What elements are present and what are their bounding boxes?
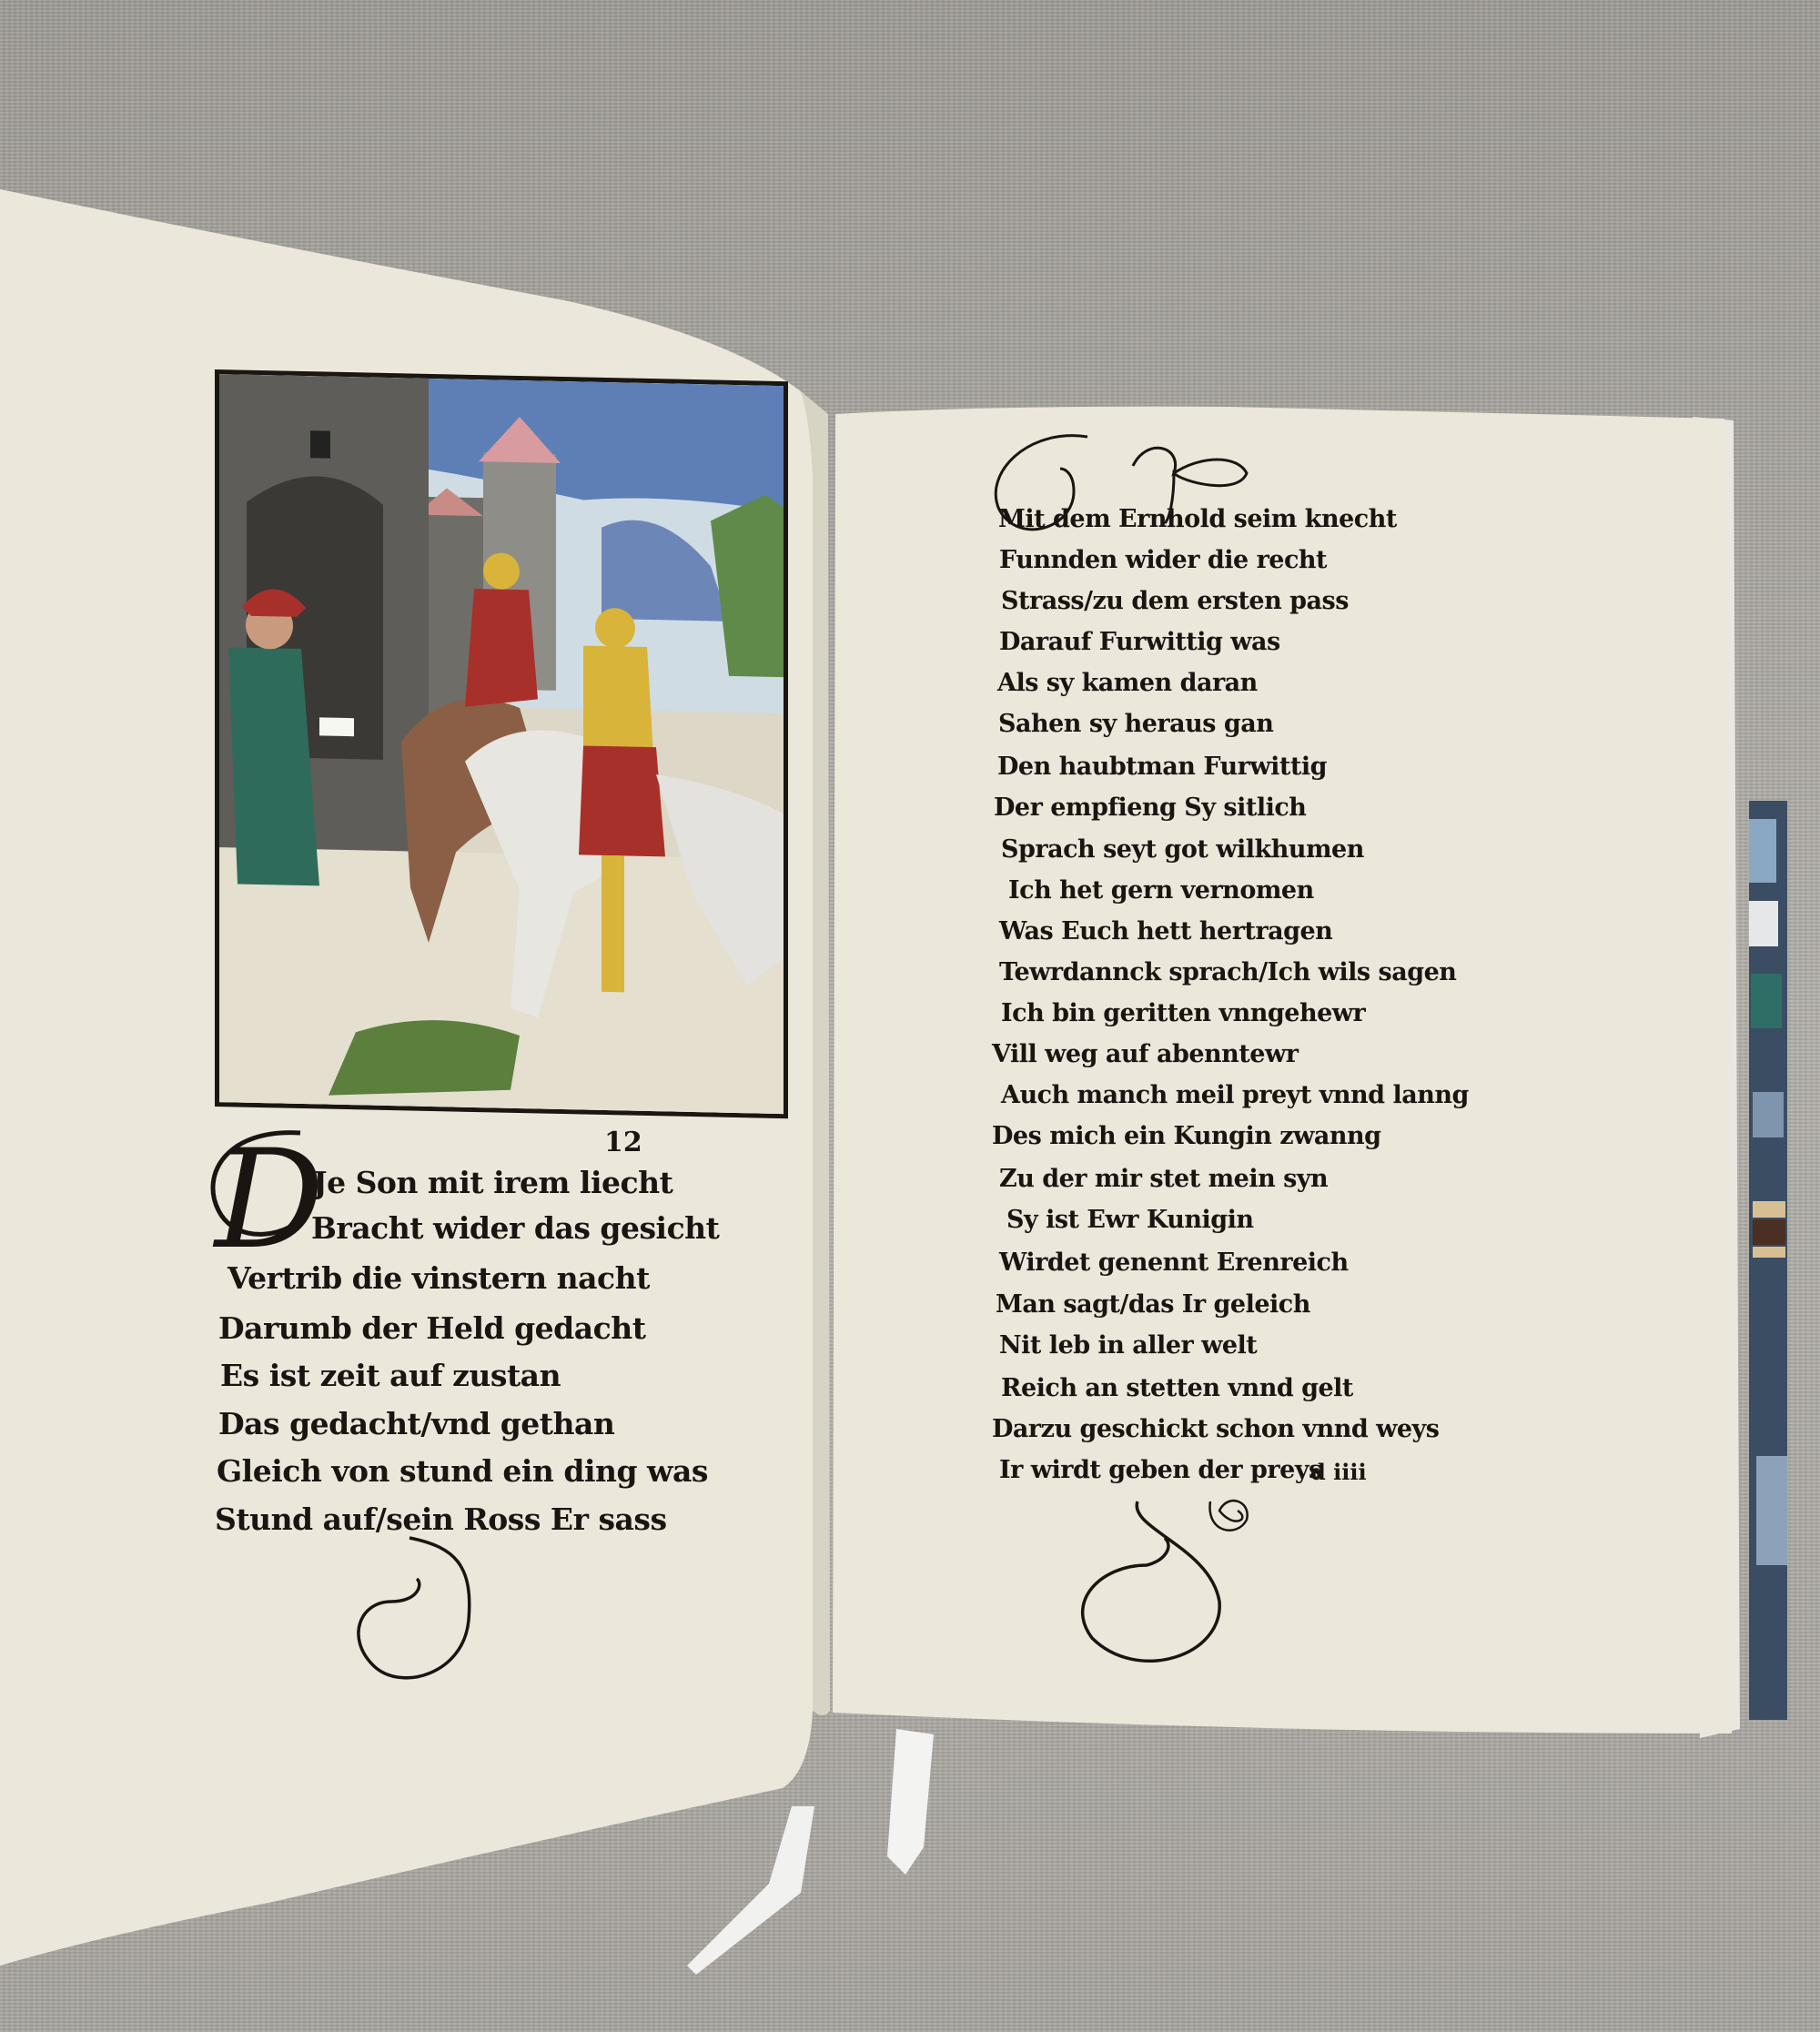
verse-line: Reich an stetten vnnd gelt bbox=[1001, 1374, 1353, 1402]
folio-number: 12 bbox=[604, 1127, 642, 1158]
verse-line: Sy ist Ewr Kunigin bbox=[1006, 1206, 1254, 1234]
verse-line: Was Euch hett hertragen bbox=[999, 917, 1332, 945]
verse-line: Sahen sy heraus gan bbox=[998, 710, 1273, 738]
verse-line: Gleich von stund ein ding was bbox=[217, 1453, 708, 1489]
verse-line: Der empfieng Sy sitlich bbox=[994, 794, 1306, 822]
verse-line: Auch manch meil preyt vnnd lanng bbox=[1001, 1081, 1469, 1109]
verse-line: Stund auf/sein Ross Er sass bbox=[215, 1501, 667, 1537]
verse-line: Darzu geschickt schon vnnd weys bbox=[992, 1415, 1439, 1443]
initial-letter: D bbox=[215, 1121, 324, 1279]
book-photo: D 12 Je Son mit irem liecht Bracht wider… bbox=[0, 0, 1820, 2032]
verse-line: Ich het gern vernomen bbox=[1008, 876, 1314, 905]
verse-line: Mit dem Ernhold seim knecht bbox=[998, 505, 1397, 533]
verse-line: Sprach seyt got wilkhumen bbox=[1001, 835, 1364, 864]
verse-line: Als sy kamen daran bbox=[997, 669, 1258, 697]
verse-line: Nit leb in aller welt bbox=[999, 1331, 1257, 1360]
signature-mark: d iiii bbox=[1310, 1459, 1367, 1485]
bookmark-ribbon-2 bbox=[687, 1806, 814, 1975]
verse-line: Ich bin geritten vnngehewr bbox=[1001, 999, 1365, 1027]
verse-line: Darauf Furwittig was bbox=[999, 628, 1280, 656]
verse-line: Ir wirdt geben der preys bbox=[999, 1456, 1322, 1484]
verse-line: Funnden wider die recht bbox=[999, 546, 1327, 574]
verse-line: Den haubtman Furwittig bbox=[997, 753, 1327, 781]
verse-line: Des mich ein Kungin zwanng bbox=[992, 1122, 1380, 1150]
verse-line: Das gedacht/vnd gethan bbox=[218, 1406, 614, 1441]
woodcut-illustration bbox=[215, 369, 788, 1118]
verse-line: Bracht wider das gesicht bbox=[311, 1210, 719, 1246]
verse-line: Strass/zu dem ersten pass bbox=[1001, 587, 1349, 615]
verse-line: Darumb der Held gedacht bbox=[218, 1310, 645, 1346]
verse-line: Es ist zeit auf zustan bbox=[220, 1358, 561, 1393]
verse-line: Vill weg auf abenntewr bbox=[992, 1040, 1298, 1068]
verse-line: Je Son mit irem liecht bbox=[313, 1165, 672, 1200]
verse-line: Tewrdannck sprach/Ich wils sagen bbox=[999, 958, 1456, 986]
verse-line: Man sagt/das Ir geleich bbox=[996, 1290, 1310, 1319]
verse-line: Vertrib die vinstern nacht bbox=[227, 1260, 650, 1296]
verse-line: Wirdet genennt Erenreich bbox=[999, 1249, 1349, 1277]
bookmark-ribbon bbox=[887, 1729, 934, 1875]
verse-line: Zu der mir stet mein syn bbox=[999, 1165, 1328, 1193]
